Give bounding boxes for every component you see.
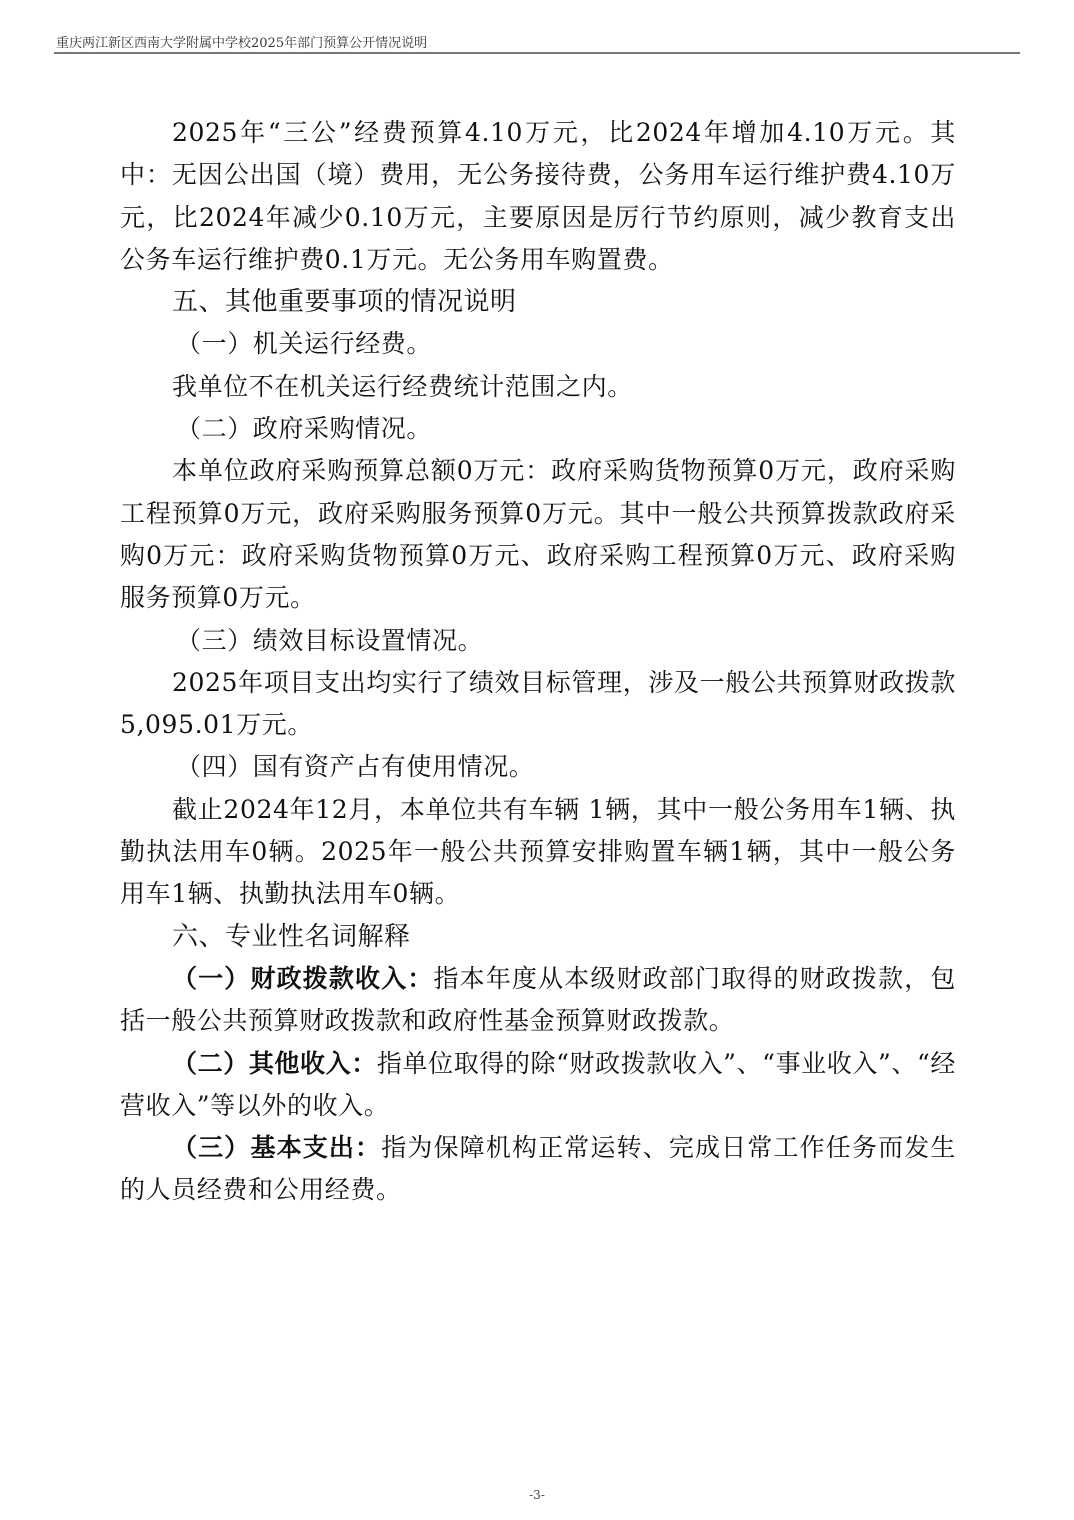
term-label: （一）财政拨款收入： <box>172 964 434 993</box>
section-5-4-text: 截止2024年12月，本单位共有车辆 1辆，其中一般公务用车1辆、执勤执法用车0… <box>120 789 956 916</box>
section-5-1-text: 我单位不在机关运行经费统计范围之内。 <box>120 366 956 408</box>
page-number: -3- <box>0 1488 1074 1502</box>
section-5-2-text: 本单位政府采购预算总额0万元：政府采购货物预算0万元，政府采购工程预算0万元，政… <box>120 450 956 619</box>
term-definition: （二）其他收入：指单位取得的除“财政拨款收入”、“事业收入”、“经营收入”等以外… <box>120 1043 956 1128</box>
section-5-3-text: 2025年项目支出均实行了绩效目标管理，涉及一般公共预算财政拨款5,095.01… <box>120 662 956 747</box>
section-5-1-heading: （一）机关运行经费。 <box>120 323 956 365</box>
term-label: （三）基本支出： <box>172 1133 381 1162</box>
term-label: （二）其他收入： <box>172 1049 377 1078</box>
section-5-3-heading: （三）绩效目标设置情况。 <box>120 620 956 662</box>
document-page: 重庆两江新区西南大学附属中学校2025年部门预算公开情况说明 2025年“三公”… <box>0 0 1074 1520</box>
running-header: 重庆两江新区西南大学附属中学校2025年部门预算公开情况说明 <box>56 32 427 51</box>
document-body: 2025年“三公”经费预算4.10万元，比2024年增加4.10万元。其中：无因… <box>120 112 956 1212</box>
section-5-heading: 五、其他重要事项的情况说明 <box>120 281 956 323</box>
term-definition: （一）财政拨款收入：指本年度从本级财政部门取得的财政拨款，包括一般公共预算财政拨… <box>120 958 956 1043</box>
section-5-4-heading: （四）国有资产占有使用情况。 <box>120 746 956 788</box>
header-divider <box>54 52 1020 54</box>
section-5-2-heading: （二）政府采购情况。 <box>120 408 956 450</box>
term-definition: （三）基本支出：指为保障机构正常运转、完成日常工作任务而发生的人员经费和公用经费… <box>120 1127 956 1212</box>
section-6-heading: 六、专业性名词解释 <box>120 916 956 958</box>
three-public-expenses-paragraph: 2025年“三公”经费预算4.10万元，比2024年增加4.10万元。其中：无因… <box>120 112 956 281</box>
